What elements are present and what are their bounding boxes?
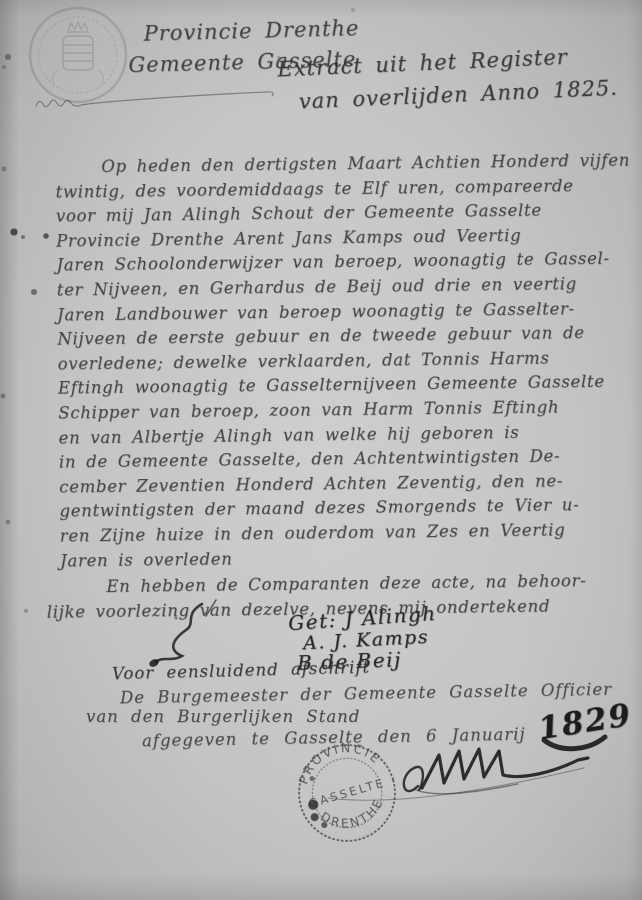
paraph-flourish (140, 596, 240, 670)
act-body: Op heden den dertigsten Maart Achtien Ho… (55, 148, 639, 624)
margin-scribble (28, 84, 288, 118)
certification-mayor-line: De Burgemeester der Gemeente Gasselte Of… (120, 680, 612, 708)
document-scan: Provincie Drenthe Gemeente Gasselte Extr… (0, 0, 642, 900)
extract-title: Extract uit het Register van overlijden … (277, 39, 619, 120)
signature-flourish (322, 738, 614, 822)
ink-specks (0, 0, 2, 2)
certification-civil-status-line: van den Burgerlijken Stand (86, 707, 360, 726)
act-paragraph-main: Op heden den dertigsten Maart Achtien Ho… (55, 148, 638, 573)
